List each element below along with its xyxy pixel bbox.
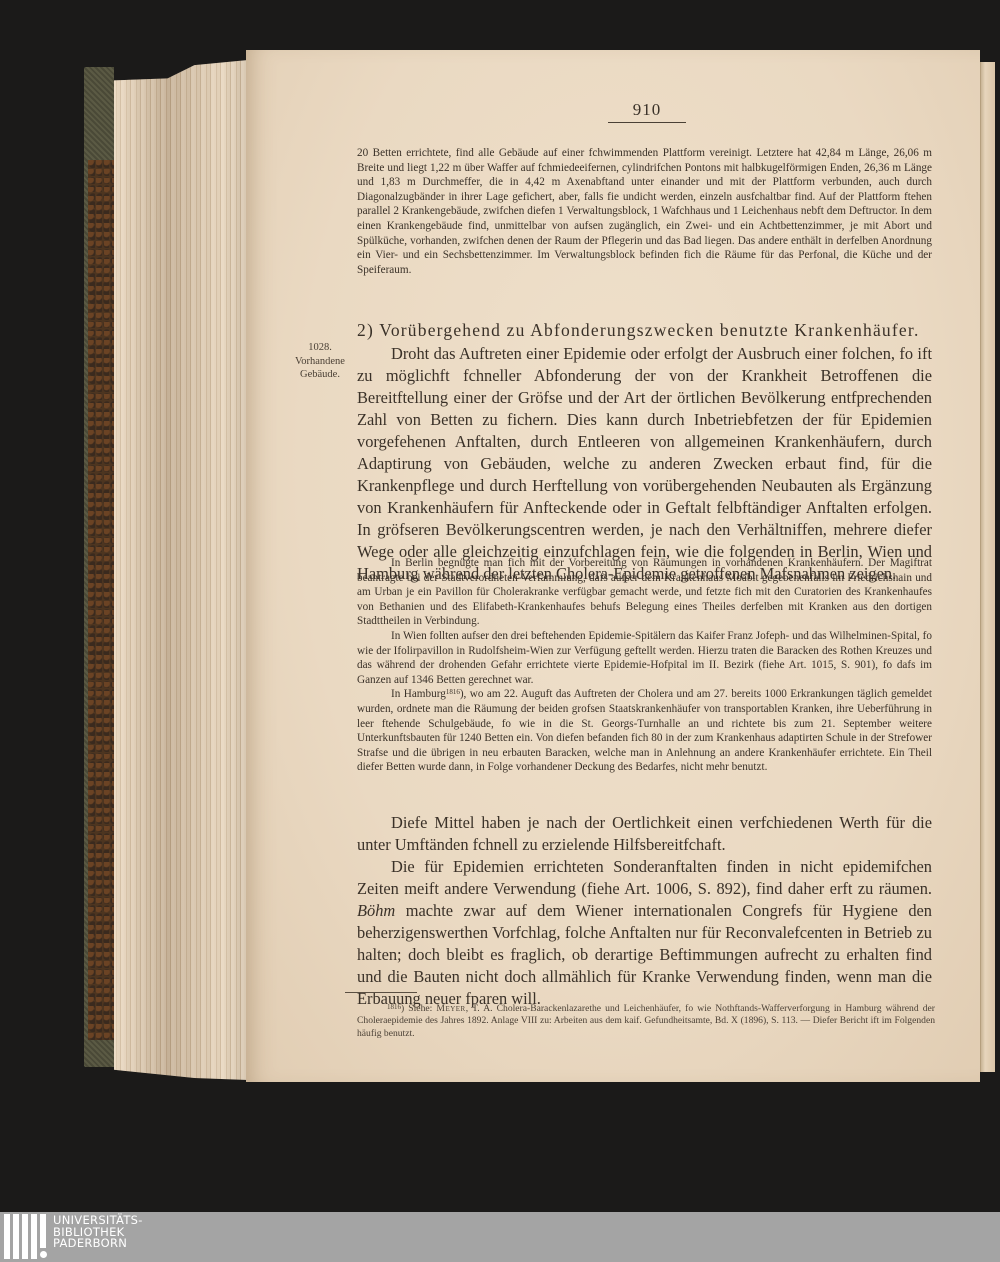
main-paragraphs-closing: Diefe Mittel haben je nach der Oertlichk… <box>357 812 932 1010</box>
footnote-rule <box>345 992 417 993</box>
paragraph-hamburg: In Hamburg1816), wo am 22. Auguft das Au… <box>357 687 932 775</box>
continuation-paragraph: 20 Betten errichtete, find alle Gebäude … <box>357 146 932 277</box>
author-name: Böhm <box>357 901 395 920</box>
main-paragraph-1: Droht das Auftreten einer Epidemie oder … <box>357 343 932 585</box>
library-branding-bar <box>0 1212 1000 1262</box>
margin-note-line1: Vorhandene <box>284 355 356 369</box>
logo-bar-3 <box>22 1214 28 1259</box>
library-name-line3: PADERBORN <box>53 1238 143 1250</box>
footnote-lead: ) Siehe: <box>401 1003 432 1014</box>
margin-note-line2: Gebäude. <box>284 368 356 382</box>
footnote-author: Meyer <box>436 1003 465 1014</box>
page-right-edge <box>980 62 995 1072</box>
page-number: 910 <box>612 100 682 120</box>
footnote-reference[interactable]: 1816 <box>446 688 460 696</box>
main-paragraph-3-part2: machte zwar auf dem Wiener international… <box>357 901 932 1008</box>
logo-bar-5 <box>40 1214 46 1248</box>
footnote: 1816) Siehe: Meyer, T. A. Cholera-Barack… <box>357 1003 935 1040</box>
logo-dot <box>40 1251 47 1258</box>
hamburg-start: In Hamburg <box>391 688 446 700</box>
page-number-rule <box>608 122 686 123</box>
main-paragraph-3-part1: Die für Epidemien errichteten Sonderanft… <box>357 857 932 898</box>
section-heading: 2) Vorübergehend zu Abfonderungszwecken … <box>357 320 957 341</box>
paragraph-wien: In Wien follten aufser den drei beftehen… <box>357 629 932 687</box>
main-paragraph-2-text: Diefe Mittel haben je nach der Oertlichk… <box>357 812 932 856</box>
logo-bar-1 <box>4 1214 10 1259</box>
book-marbled-cover <box>88 160 114 1040</box>
main-paragraph-1-text: Droht das Auftreten einer Epidemie oder … <box>357 343 932 585</box>
small-paragraphs: In Berlin begnügte man fich mit der Vorb… <box>357 556 932 775</box>
margin-note: 1028. Vorhandene Gebäude. <box>284 341 356 382</box>
margin-note-number: 1028. <box>284 341 356 355</box>
hamburg-rest: ), wo am 22. Auguft das Auftreten der Ch… <box>357 688 932 773</box>
logo-bar-2 <box>13 1214 19 1259</box>
paragraph-berlin: In Berlin begnügte man fich mit der Vorb… <box>357 556 932 629</box>
footnote-number: 1816 <box>387 1003 401 1011</box>
continuation-text: 20 Betten errichtete, find alle Gebäude … <box>357 146 932 277</box>
library-name: UNIVERSITÄTS- BIBLIOTHEK PADERBORN <box>53 1215 143 1250</box>
main-paragraph-3: Die für Epidemien errichteten Sonderanft… <box>357 856 932 1010</box>
logo-bar-4 <box>31 1214 37 1259</box>
page-stack-shading <box>114 60 248 1080</box>
library-logo-icon <box>2 1214 46 1260</box>
